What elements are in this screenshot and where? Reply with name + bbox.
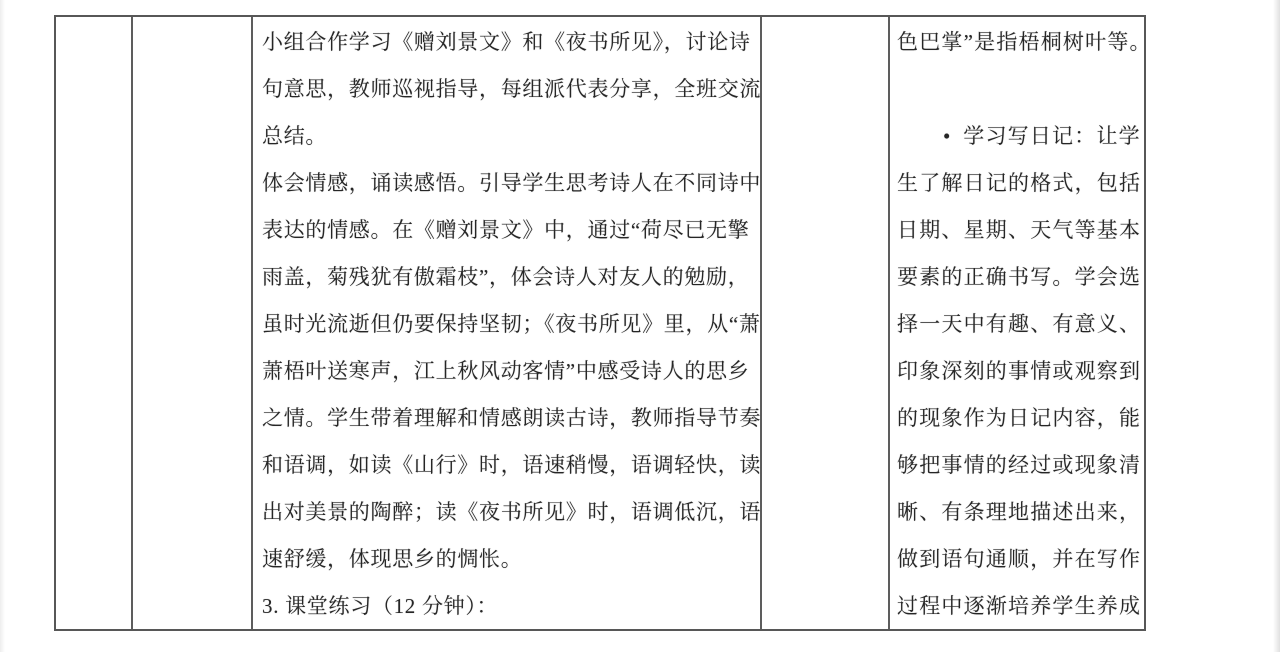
table-cell-empty-1 [56,17,131,629]
text-line: 总结。 [262,111,760,158]
text-line: 择一天中有趣、有意义、 [897,299,1144,346]
table-cell-side-notes: 色巴掌”是指梧桐树叶等。 • 学习写日记：让学生了解日记的格式，包括日期、星期、… [890,17,1144,629]
text-line: 要素的正确书写。学会选 [897,252,1144,299]
table-cell-teaching-process: 小组合作学习《赠刘景文》和《夜书所见》，讨论诗句意思，教师巡视指导，每组派代表分… [253,17,760,629]
text-line: 虽时光流逝但仍要保持坚韧；《夜书所见》里，从“萧 [262,299,760,346]
text-line: 色巴掌”是指梧桐树叶等。 [897,17,1144,64]
text-line: 的现象作为日记内容，能 [897,394,1144,441]
text-line: 生了解日记的格式，包括 [897,158,1144,205]
scanned-document-page: 小组合作学习《赠刘景文》和《夜书所见》，讨论诗句意思，教师巡视指导，每组派代表分… [0,0,1280,652]
text-line: 出对美景的陶醉；读《夜书所见》时，语调低沉，语 [262,488,760,535]
table-cell-empty-2 [133,17,251,629]
text-line: 萧梧叶送寒声，江上秋风动客情”中感受诗人的思乡 [262,346,760,393]
page-edge-shadow-right [1273,0,1280,652]
lesson-plan-table: 小组合作学习《赠刘景文》和《夜书所见》，讨论诗句意思，教师巡视指导，每组派代表分… [54,15,1146,631]
text-line: 日期、星期、天气等基本 [897,205,1144,252]
text-line: 小组合作学习《赠刘景文》和《夜书所见》，讨论诗 [262,17,760,64]
text-line: 做到语句通顺，并在写作 [897,535,1144,582]
text-line: • 学习写日记：让学 [897,111,1144,158]
page-edge-shadow-left [0,0,5,652]
text-line [897,64,1144,111]
text-line: 够把事情的经过或现象清 [897,441,1144,488]
text-line: 雨盖，菊残犹有傲霜枝”，体会诗人对友人的勉励， [262,252,760,299]
text-line: 速舒缓，体现思乡的惆怅。 [262,535,760,582]
text-line: 过程中逐渐培养学生养成 [897,582,1144,629]
text-line: 之情。学生带着理解和情感朗读古诗，教师指导节奏 [262,394,760,441]
text-line: 晰、有条理地描述出来， [897,488,1144,535]
text-line: 表达的情感。在《赠刘景文》中，通过“荷尽已无擎 [262,205,760,252]
text-line: 体会情感，诵读感悟。引导学生思考诗人在不同诗中 [262,158,760,205]
text-line: 印象深刻的事情或观察到 [897,346,1144,393]
text-line: 句意思，教师巡视指导，每组派代表分享，全班交流 [262,64,760,111]
table-cell-empty-3 [762,17,888,629]
text-line: 和语调，如读《山行》时，语速稍慢，语调轻快，读 [262,441,760,488]
text-line: 3. 课堂练习（12 分钟）： [262,582,760,629]
